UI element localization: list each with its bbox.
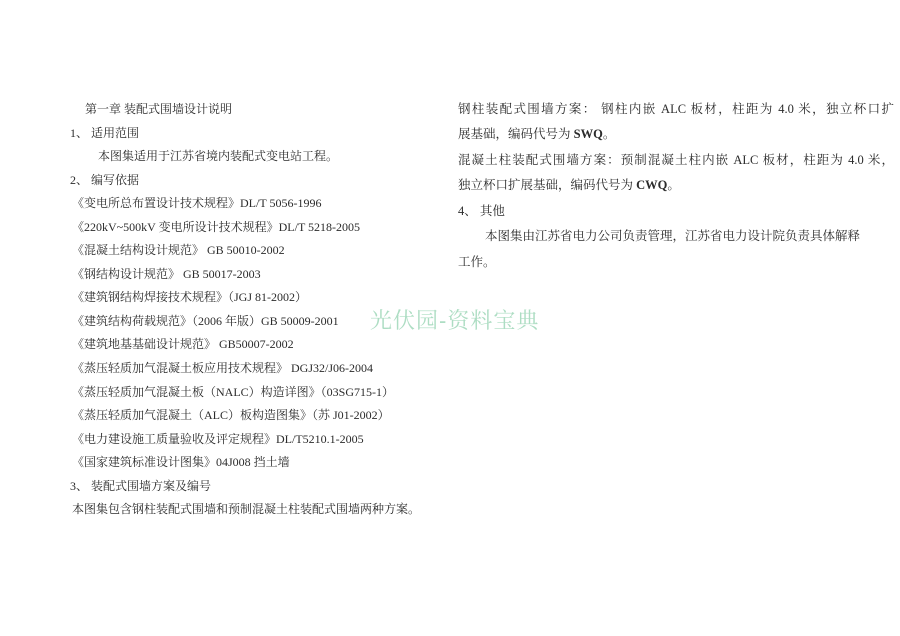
text-line: 《蒸压轻质加气混凝土（ALC）板构造图集》（苏 J01-2002） [70, 404, 448, 428]
text-line: 《220kV~500kV 变电所设计技术规程》DL/T 5218-2005 [70, 216, 448, 240]
text-line: 工作。 [458, 250, 894, 275]
right-column: 钢柱装配式围墙方案： 钢柱内嵌 ALC 板材，柱距为 4.0 米，独立杯口扩展基… [458, 97, 894, 275]
text-line: 本图集由江苏省电力公司负责管理，江苏省电力设计院负责具体解释 [458, 224, 894, 249]
text-line: 3、 装配式围墙方案及编号 [70, 475, 448, 499]
text-line: 《国家建筑标准设计图集》04J008 挡土墙 [70, 451, 448, 475]
text-line: 展基础，编码代号为 SWQ。 [458, 122, 894, 147]
text-line: 《建筑钢结构焊接技术规程》（JGJ 81-2002） [70, 286, 448, 310]
text-line: 《变电所总布置设计技术规程》DL/T 5056-1996 [70, 192, 448, 216]
text-line: 《蒸压轻质加气混凝土板应用技术规程》 DGJ32/J06-2004 [70, 357, 448, 381]
document-page: 光伏园-资料宝典 第一章 装配式围墙设计说明1、 适用范围本图集适用于江苏省境内… [0, 0, 900, 636]
text-line: 2、 编写依据 [70, 169, 448, 193]
text-line: 1、 适用范围 [70, 122, 448, 146]
text-line: 《建筑结构荷载规范》（2006 年版）GB 50009-2001 [70, 310, 448, 334]
text-line: 《蒸压轻质加气混凝土板（NALC）构造详图》（03SG715-1） [70, 381, 448, 405]
text-line: 4、 其他 [458, 199, 894, 224]
text-line: 《混凝土结构设计规范》 GB 50010-2002 [70, 239, 448, 263]
section-heading: 第一章 装配式围墙设计说明 [70, 98, 448, 122]
left-column: 第一章 装配式围墙设计说明1、 适用范围本图集适用于江苏省境内装配式变电站工程。… [70, 98, 448, 522]
text-line: 本图集包含钢柱装配式围墙和预制混凝土柱装配式围墙两种方案。 [70, 498, 448, 522]
text-line: 混凝土柱装配式围墙方案：预制混凝土柱内嵌 ALC 板材，柱距为 4.0 米， [458, 148, 894, 173]
text-line: 独立杯口扩展基础，编码代号为 CWQ。 [458, 173, 894, 198]
text-line: 钢柱装配式围墙方案： 钢柱内嵌 ALC 板材，柱距为 4.0 米，独立杯口扩 [458, 97, 894, 122]
text-line: 《钢结构设计规范》 GB 50017-2003 [70, 263, 448, 287]
text-line: 本图集适用于江苏省境内装配式变电站工程。 [70, 145, 448, 169]
text-line: 《建筑地基基础设计规范》 GB50007-2002 [70, 333, 448, 357]
text-line: 《电力建设施工质量验收及评定规程》DL/T5210.1-2005 [70, 428, 448, 452]
